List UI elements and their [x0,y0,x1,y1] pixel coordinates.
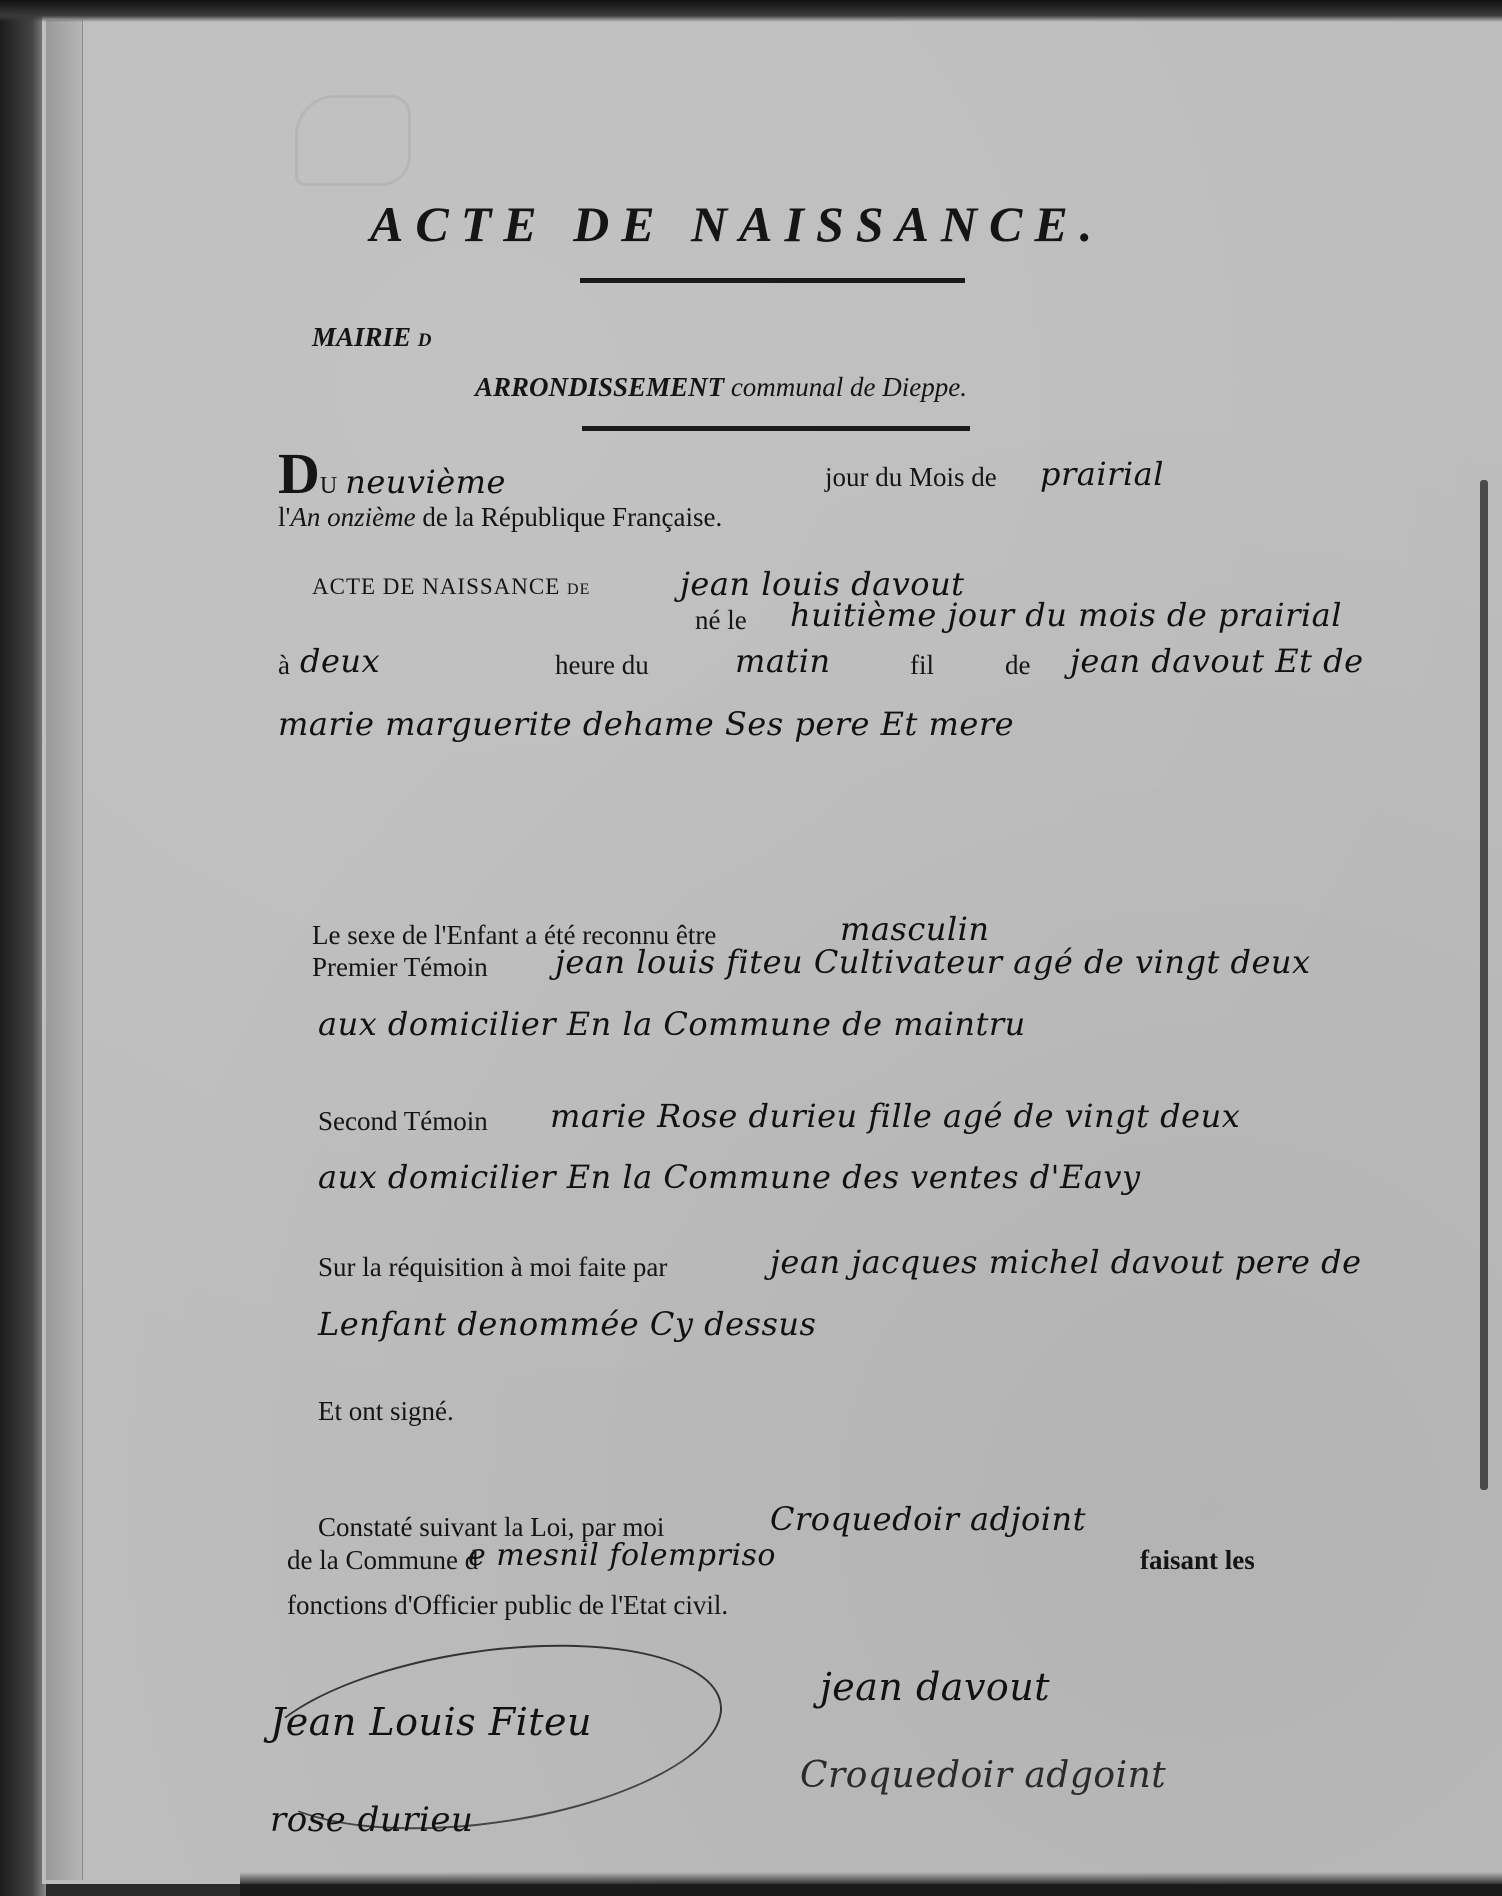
hour-label: heure du [555,650,649,681]
binding-left-edge [0,0,46,1896]
attestation-line2-label: de la Commune d [287,1545,478,1576]
arrondissement-line: ARRONDISSEMENT communal de Dieppe. [475,372,967,403]
second-witness-line1: marie Rose durieu fille agé de vingt deu… [550,1097,1240,1135]
attestation-line2-suffix: faisant les [1140,1545,1255,1576]
arrondissement-text: communal de Dieppe. [731,372,967,402]
year-line: l'An onzième de la République Française. [278,502,722,533]
header-divider [582,426,970,431]
requisition-label: Sur la réquisition à moi faite par [318,1252,667,1283]
first-witness-label: Premier Témoin [312,952,488,983]
binding-bottom-edge [240,1872,1502,1896]
right-margin-rule [1480,480,1488,1490]
date-prefix-rest: U [320,473,337,499]
requisition-line2: Lenfant denommée Cy dessus [318,1305,816,1343]
son-label: fil [910,650,934,681]
signed-label: Et ont signé. [318,1396,454,1427]
birth-hour: deux [300,642,380,680]
year-suffix: de la République Française. [422,502,722,532]
year-label: An [290,502,320,532]
born-date: huitième jour du mois de prairial [790,596,1342,634]
year-value: onzième [327,502,415,532]
first-witness-line1: jean louis fiteu Cultivateur agé de ving… [555,943,1311,981]
time-of-day: matin [735,642,831,680]
attestation-officer: Croquedoir adjoint [770,1500,1086,1538]
of-label: de [1005,650,1030,681]
second-witness-line2: aux domicilier En la Commune des ventes … [318,1158,1141,1196]
binding-top-edge [0,0,1502,22]
signature-witness2: rose durieu [270,1800,473,1840]
second-witness-label: Second Témoin [318,1106,488,1137]
attestation-commune: e mesnil folempriso [468,1538,776,1573]
date-line: DU neuvième [278,440,506,507]
drop-cap-d: D [278,441,320,506]
month-handwritten: prairial [1040,455,1164,493]
father-name: jean davout Et de [1070,642,1364,680]
year-prefix: l' [278,502,290,532]
attestation-line3: fonctions d'Officier public de l'Etat ci… [287,1590,728,1621]
birth-record-label: ACTE DE NAISSANCE de [312,574,590,600]
page-worn-edge [46,20,83,1880]
requisition-line1: jean jacques michel davout pere de [770,1243,1362,1281]
first-witness-line2: aux domicilier En la Commune de maintru [318,1005,1026,1043]
faint-stamp-mark [295,95,411,186]
document-title: ACTE DE NAISSANCE. [370,195,1104,253]
signature-father: jean davout [820,1665,1050,1709]
day-suffix: jour du Mois de [825,462,997,493]
title-divider [580,278,965,283]
mairie-label: MAIRIE d [312,322,432,353]
mother-line: marie marguerite dehame Ses pere Et mere [278,705,1014,743]
day-handwritten: neuvième [345,463,506,501]
arrondissement-label: ARRONDISSEMENT [475,372,724,402]
born-label: né le [695,605,747,636]
signature-witness1: Jean Louis Fiteu [270,1700,592,1744]
at-label: à [278,650,290,681]
signature-officer: Croquedoir adgoint [800,1755,1166,1796]
